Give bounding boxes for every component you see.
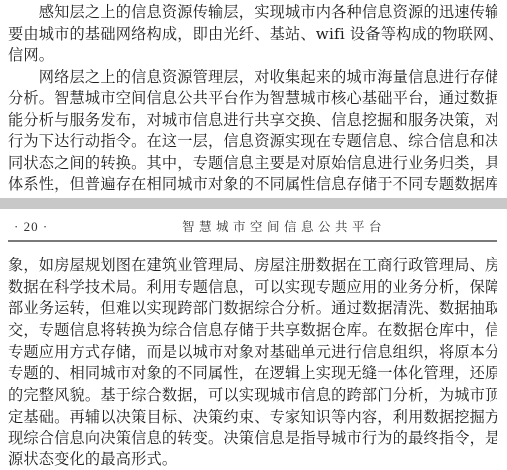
body-text-line: 定基础。再辅以决策目标、决策约束、专家知识等内容，利用数据挖掘方法，即可实 [8,407,497,427]
body-text-line: 交，专题信息将转换为综合信息存储于共享数据仓库。在数据仓库中，信息不再以 [8,320,497,340]
upper-page-fragment: 感知层之上的信息资源传输层，实现城市内各种信息资源的迅速传输通信，主 要由城市的… [0,0,507,198]
body-text-line: 能分析与服务发布，对城市信息进行共享交换、信息挖掘和服务决策，对城市具体 [8,110,497,130]
page-number: · 20 · [14,217,48,237]
body-text-line: 的完整风貌。基于综合数据，可以实现城市信息的跨部门分析，为城市顶层决策奠 [8,385,497,405]
body-text-line: 部业务运转，但难以实现跨部门数据综合分析。通过数据清洗、数据抽取和数据汇 [8,298,497,318]
header-rule-divider [8,240,497,242]
book-title: 智慧城市空间信息公共平台 [182,217,386,237]
body-text-line: 体系性，但普遍存在相同城市对象的不同属性信息存储于不同专题数据库中的现 [8,174,497,194]
body-text-line: 专题应用方式存储，而是以城市对象对基础单元进行信息组织，将原本分散在不同 [8,342,497,362]
body-text-line: 同状态之间的转换。其中，专题信息主要是对原始信息进行业务归类，具有较强的 [8,153,497,173]
body-text-line: 要由城市的基础网络构成，即由光纤、基站、wifi 设备等构成的物联网、互联网和通 [8,24,497,44]
body-text-line: 数据在科学技术局。利用专题信息，可以实现专题应用的业务分析，保障各部门内 [8,277,497,297]
body-text-line: 网络层之上的信息资源管理层，对收集起来的城市海量信息进行存储、处理与 [8,67,497,87]
body-text-line: 象，如房屋规划图在建筑业管理局、房屋注册数据在工商行政管理局、房屋高科技 [8,255,497,275]
body-text-line: 现综合信息向决策信息的转变。决策信息是指导城市行为的最终指令，是信息资 [8,428,497,448]
page-break-gap [0,198,507,209]
body-text-line: 专题的、相同城市对象的不同属性，在逻辑上实现无缝一体化管理，还原城市对象 [8,363,497,383]
body-text-line: 行为下达行动指令。在这一层，信息资源实现在专题信息、综合信息和决策信息不 [8,131,497,151]
body-text-line: 感知层之上的信息资源传输层，实现城市内各种信息资源的迅速传输通信，主 [8,2,497,22]
body-text-line: 分析。智慧城市空间信息公共平台作为智慧城市核心基础平台，通过数据汇交、智 [8,88,497,108]
body-text-line: 源状态变化的最高形式。 [8,449,497,469]
body-text-line: 信网。 [8,45,497,65]
running-header: · 20 · 智慧城市空间信息公共平台 [8,217,497,237]
